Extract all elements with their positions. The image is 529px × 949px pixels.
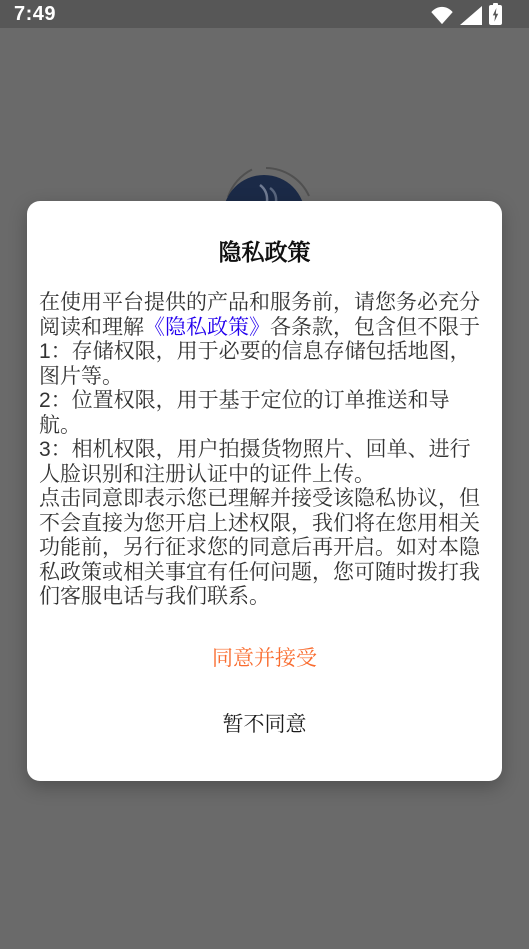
- body-text-after-link: 各条款，包含但不限于 1：存储权限，用于必要的信息存储包括地图，图片等。 2：位…: [39, 316, 480, 609]
- privacy-policy-link[interactable]: 《隐私政策》: [144, 316, 270, 339]
- phone-screen: 7:49: [0, 0, 529, 949]
- accept-button[interactable]: 同意并接受: [27, 642, 502, 672]
- wifi-icon: [430, 6, 454, 25]
- status-bar-time: 7:49: [14, 0, 56, 28]
- battery-charging-icon: [488, 3, 503, 25]
- app-logo: [208, 163, 320, 203]
- privacy-policy-dialog: 隐私政策 在使用平台提供的产品和服务前，请您务必充分阅读和理解《隐私政策》各条款…: [27, 201, 502, 781]
- status-bar-icons: [430, 3, 503, 25]
- status-bar: 7:49: [0, 0, 529, 28]
- decline-button[interactable]: 暂不同意: [27, 708, 502, 738]
- dialog-body-text: 在使用平台提供的产品和服务前，请您务必充分阅读和理解《隐私政策》各条款，包含但不…: [39, 291, 490, 610]
- cellular-signal-icon: [460, 6, 482, 25]
- dialog-title: 隐私政策: [27, 234, 502, 267]
